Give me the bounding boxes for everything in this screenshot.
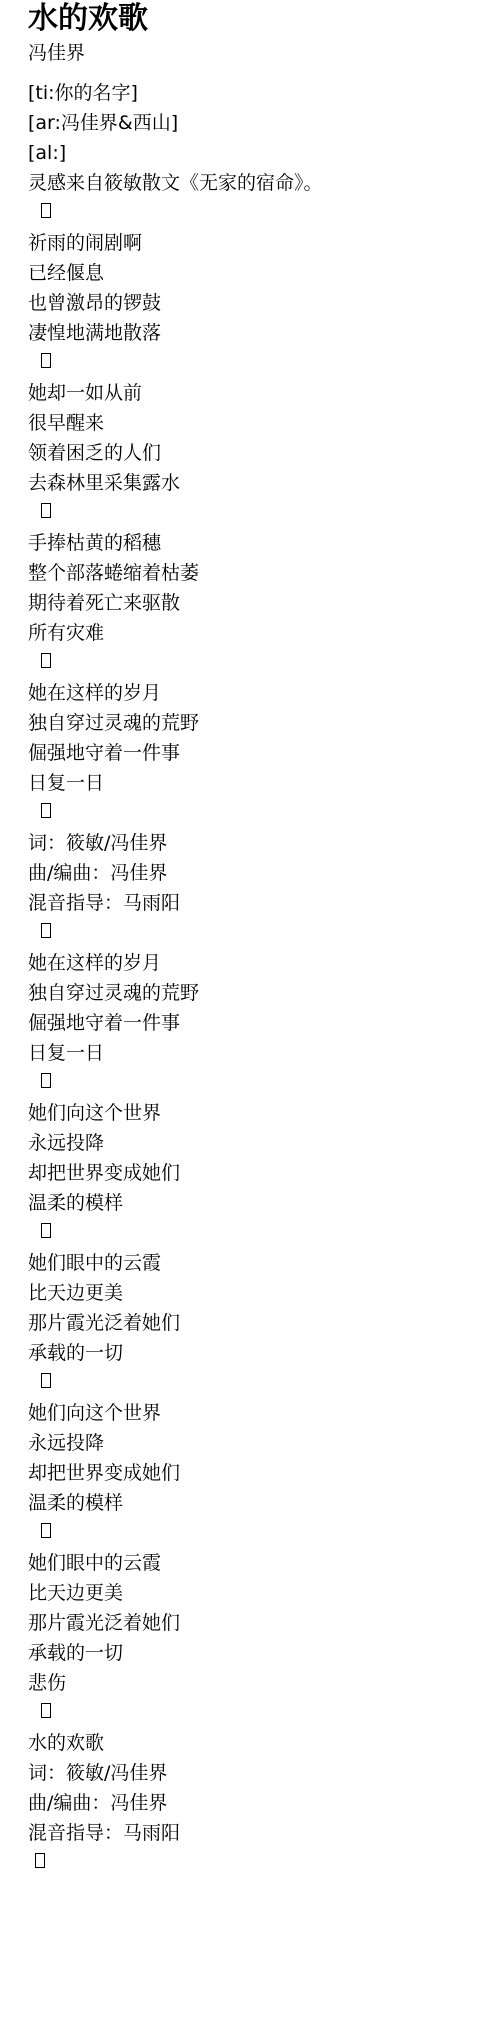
lyric-line: 凄惶地满地散落 <box>28 318 490 348</box>
missing-glyph-line <box>28 198 490 228</box>
lyric-line: 已经偃息 <box>28 258 490 288</box>
lyric-line: 承载的一切 <box>28 1338 490 1368</box>
lyric-line: 她在这样的岁月 <box>28 678 490 708</box>
song-title: 水的欢歌 <box>28 0 490 38</box>
lyric-line: 领着困乏的人们 <box>28 438 490 468</box>
lyric-line: [al:] <box>28 138 490 168</box>
missing-glyph-box <box>41 1373 51 1388</box>
missing-glyph-line <box>28 1518 490 1548</box>
lyric-line: 温柔的模样 <box>28 1488 490 1518</box>
artist-name: 冯佳界 <box>28 38 490 68</box>
lyric-line: 她们眼中的云霞 <box>28 1548 490 1578</box>
missing-glyph-box <box>41 503 51 518</box>
lyric-line: 词：筱敏/冯佳界 <box>28 828 490 858</box>
missing-glyph-line <box>28 1698 490 1728</box>
lyric-line: 她在这样的岁月 <box>28 948 490 978</box>
lyric-line: 所有灾难 <box>28 618 490 648</box>
lyric-line: 她们眼中的云霞 <box>28 1248 490 1278</box>
lyric-line: 水的欢歌 <box>28 1728 490 1758</box>
lyric-line: 倔强地守着一件事 <box>28 1008 490 1038</box>
missing-glyph-box <box>41 1223 51 1238</box>
missing-glyph-line <box>28 498 490 528</box>
missing-glyph-line <box>28 1068 490 1098</box>
missing-glyph-line <box>28 1368 490 1398</box>
lyric-line: 混音指导：马雨阳 <box>28 1818 490 1848</box>
lyric-line: 混音指导：马雨阳 <box>28 888 490 918</box>
lyric-line: 很早醒来 <box>28 408 490 438</box>
missing-glyph-line <box>28 798 490 828</box>
missing-glyph-line <box>28 918 490 948</box>
lyric-line: 词：筱敏/冯佳界 <box>28 1758 490 1788</box>
lyric-line: 也曾激昂的锣鼓 <box>28 288 490 318</box>
lyric-line: [ar:冯佳界&西山] <box>28 108 490 138</box>
lyric-line: 曲/编曲：冯佳界 <box>28 858 490 888</box>
lyric-line: 手捧枯黄的稻穗 <box>28 528 490 558</box>
missing-glyph-box <box>35 1853 45 1868</box>
lyric-line: [ti:你的名字] <box>28 78 490 108</box>
lyric-line: 却把世界变成她们 <box>28 1458 490 1488</box>
missing-glyph-line <box>28 648 490 678</box>
missing-glyph-box <box>41 203 51 218</box>
missing-glyph-line <box>28 348 490 378</box>
lyrics-page: 水的欢歌 冯佳界 [ti:你的名字][ar:冯佳界&西山][al:]灵感来自筱敏… <box>0 0 500 1878</box>
lyrics: [ti:你的名字][ar:冯佳界&西山][al:]灵感来自筱敏散文《无家的宿命》… <box>28 78 490 1878</box>
lyric-line: 祈雨的闹剧啊 <box>28 228 490 258</box>
lyric-line: 那片霞光泛着她们 <box>28 1308 490 1338</box>
missing-glyph-box <box>41 1703 51 1718</box>
missing-glyph-box <box>41 923 51 938</box>
lyric-line: 她们向这个世界 <box>28 1398 490 1428</box>
missing-glyph-box <box>41 353 51 368</box>
missing-glyph-box <box>41 653 51 668</box>
lyric-line: 那片霞光泛着她们 <box>28 1608 490 1638</box>
missing-glyph-line <box>28 1218 490 1248</box>
lyric-line: 承载的一切 <box>28 1638 490 1668</box>
lyric-line: 她们向这个世界 <box>28 1098 490 1128</box>
lyric-line: 去森林里采集露水 <box>28 468 490 498</box>
lyric-line: 悲伤 <box>28 1668 490 1698</box>
lyric-line: 倔强地守着一件事 <box>28 738 490 768</box>
lyric-line: 比天边更美 <box>28 1278 490 1308</box>
lyric-line: 却把世界变成她们 <box>28 1158 490 1188</box>
lyric-line: 日复一日 <box>28 768 490 798</box>
lyric-line: 曲/编曲：冯佳界 <box>28 1788 490 1818</box>
missing-glyph-box <box>41 1073 51 1088</box>
lyric-line: 永远投降 <box>28 1428 490 1458</box>
missing-glyph-box <box>41 803 51 818</box>
lyric-line: 独自穿过灵魂的荒野 <box>28 708 490 738</box>
missing-glyph-line <box>28 1848 490 1878</box>
lyric-line: 温柔的模样 <box>28 1188 490 1218</box>
lyric-line: 比天边更美 <box>28 1578 490 1608</box>
lyric-line: 日复一日 <box>28 1038 490 1068</box>
lyric-line: 永远投降 <box>28 1128 490 1158</box>
lyric-line: 独自穿过灵魂的荒野 <box>28 978 490 1008</box>
lyric-line: 灵感来自筱敏散文《无家的宿命》。 <box>28 168 490 198</box>
missing-glyph-box <box>41 1523 51 1538</box>
lyric-line: 她却一如从前 <box>28 378 490 408</box>
lyric-line: 整个部落蜷缩着枯萎 <box>28 558 490 588</box>
lyric-line: 期待着死亡来驱散 <box>28 588 490 618</box>
